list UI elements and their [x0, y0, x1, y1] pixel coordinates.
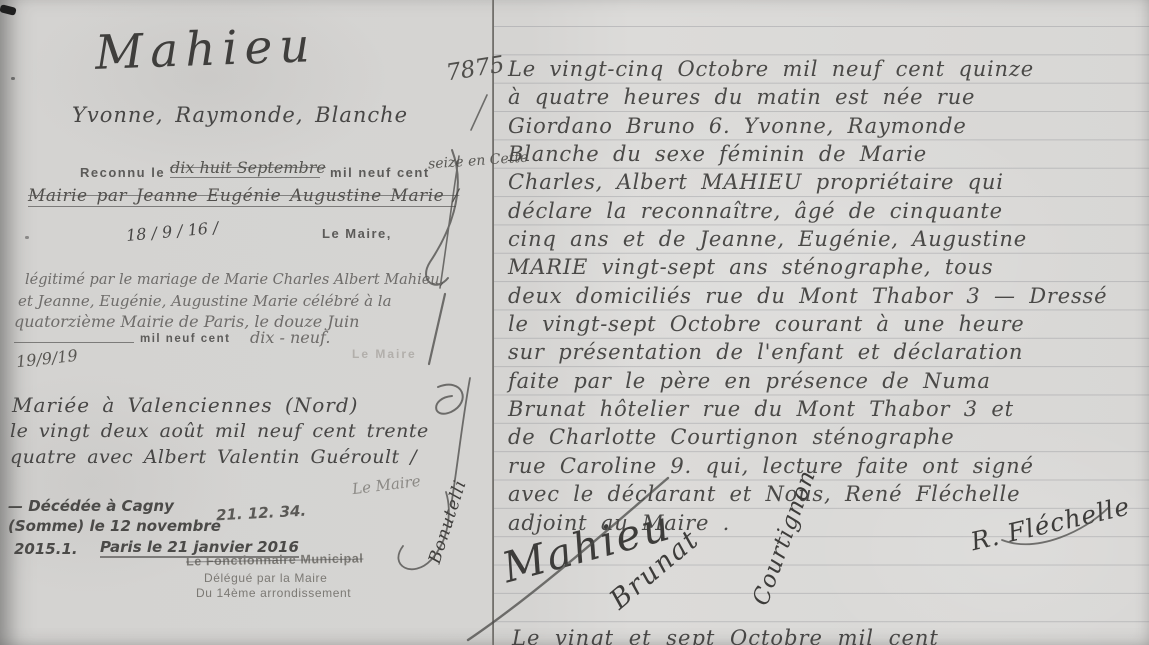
- recognition-line2: Mairie par Jeanne Eugénie Augustine Mari…: [28, 186, 456, 207]
- death-line1: — Décédée à Cagny: [8, 497, 174, 515]
- act-number: 7875: [444, 52, 506, 87]
- recognition-date-short: 18 / 9 / 16 /: [125, 218, 219, 245]
- legitimation-line2: et Jeanne, Eugénie, Augustine Marie célé…: [18, 292, 392, 310]
- act-line: le vingt-sept Octobre courant à une heur…: [508, 310, 1148, 338]
- recognition-printed-mid: mil neuf cent: [330, 165, 430, 180]
- marriage-flourish: [436, 385, 463, 414]
- recognition-printed-label: Reconnu le: [80, 165, 165, 180]
- death-stamp-date: 21. 12. 34.: [216, 502, 307, 525]
- scan-speck: [25, 236, 29, 239]
- act-line: déclare la reconnaître, âgé de cinquante: [508, 197, 1148, 225]
- marriage-line3: quatre avec Albert Valentin Guéroult /: [10, 446, 417, 468]
- act-line: Giordano Bruno 6. Yvonne, Raymonde: [508, 112, 1148, 140]
- scan-artifact: [0, 4, 17, 16]
- next-act-partial-line: Le vingt et sept Octobre mil cent: [512, 626, 939, 645]
- margin-surname: Mahieu: [94, 18, 317, 81]
- legitimation-date-short: 19/9/19: [15, 346, 78, 371]
- scan-speck: [11, 77, 15, 80]
- act-line: Charles, Albert MAHIEU propriétaire qui: [508, 168, 1148, 196]
- death-line2: (Somme) le 12 novembre: [8, 517, 221, 535]
- stamp-line2: Délégué par la Maire: [204, 571, 327, 585]
- legitimation-blank-line: [14, 330, 134, 343]
- act-line: Le vingt-cinq Octobre mil neuf cent quin…: [508, 55, 1148, 83]
- stamp-line1: Le Fonctionnaire Municipal: [186, 551, 364, 568]
- marriage-officiant-signature: Bonutelli: [425, 477, 471, 566]
- act-line: de Charlotte Courtignon sténographe: [508, 423, 1148, 451]
- act-line: MARIE vingt-sept ans sténographe, tous: [508, 253, 1148, 281]
- act-line: Blanche du sexe féminin de Marie: [508, 140, 1148, 168]
- act-line: cinq ans et de Jeanne, Eugénie, Augustin…: [508, 225, 1148, 253]
- recognition-date-handwritten: dix huit Septembre: [170, 158, 320, 178]
- legitimation-line4-handwritten: dix - neuf.: [250, 328, 330, 347]
- act-line: faite par le père en présence de Numa: [508, 367, 1148, 395]
- margin-divider-line: [492, 0, 494, 645]
- act-line: à quatre heures du matin est née rue: [508, 83, 1148, 111]
- legitimation-line1: légitimé par le mariage de Marie Charles…: [25, 272, 444, 288]
- stamp-line3: Du 14ème arrondissement: [196, 586, 351, 600]
- legitimation-mayor-faint: Le Maire: [352, 347, 417, 361]
- act-line: sur présentation de l'enfant et déclarat…: [508, 338, 1148, 366]
- register-page-scan: Mahieu Yvonne, Raymonde, Blanche Reconnu…: [0, 0, 1149, 645]
- act-number-slash: [471, 95, 487, 130]
- recognition-mayor-label: Le Maire,: [322, 226, 392, 241]
- margin-given-names: Yvonne, Raymonde, Blanche: [72, 103, 408, 127]
- marriage-mayor-label: Le Maire: [351, 472, 421, 498]
- legitimation-line4-printed: mil neuf cent: [140, 333, 230, 345]
- act-body: Le vingt-cinq Octobre mil neuf cent quin…: [508, 55, 1148, 537]
- act-line: avec le déclarant et Nous, René Fléchell…: [508, 480, 1148, 508]
- act-line: Brunat hôtelier rue du Mont Thabor 3 et: [508, 395, 1148, 423]
- marriage-line1: Mariée à Valenciennes (Nord): [12, 393, 358, 417]
- act-line: rue Caroline 9. qui, lecture faite ont s…: [508, 452, 1148, 480]
- legitimation-slash: [429, 294, 445, 364]
- marriage-line2: le vingt deux août mil neuf cent trente: [10, 420, 429, 442]
- death-ref: 2015.1.: [14, 540, 78, 558]
- act-line: deux domiciliés rue du Mont Thabor 3 — D…: [508, 282, 1148, 310]
